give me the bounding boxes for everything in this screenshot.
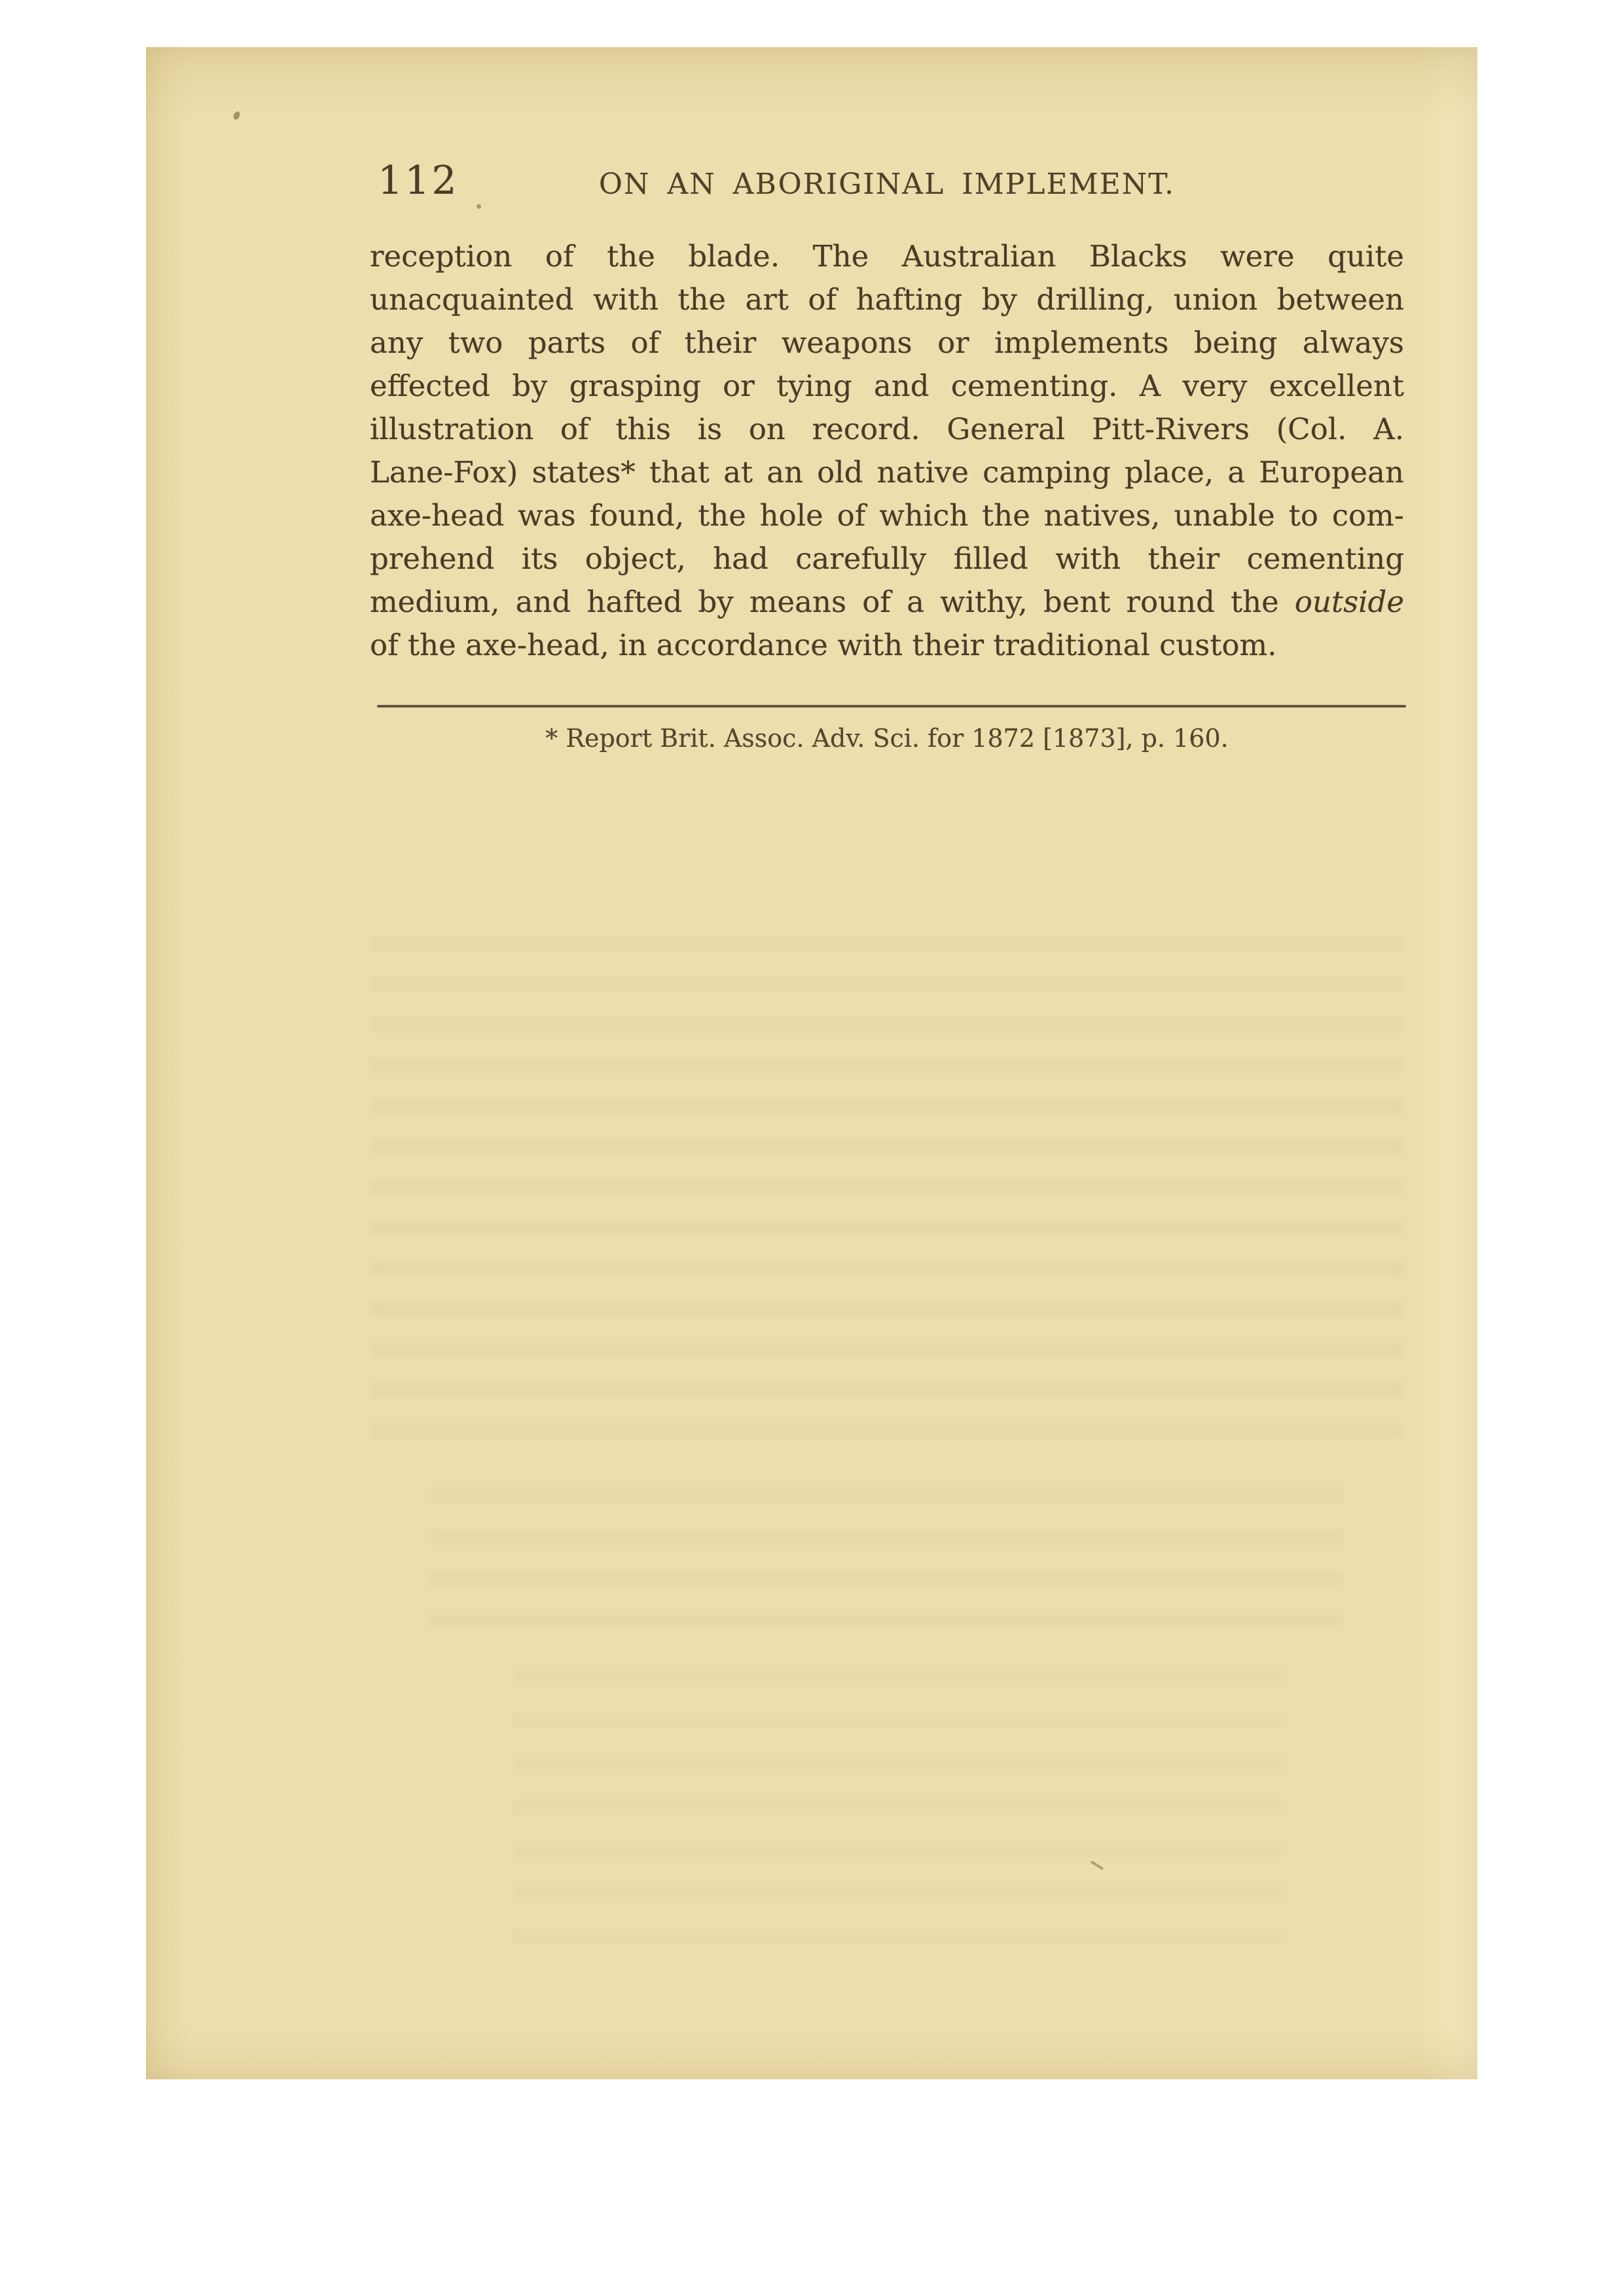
footnote: * Report Brit. Assoc. Adv. Sci. for 1872…	[370, 723, 1404, 755]
ink-speck	[1091, 1860, 1104, 1870]
italic-word: outside	[1295, 584, 1404, 619]
verso-bleed-through	[513, 1670, 1285, 1952]
body-paragraph: reception of the blade. The Australian B…	[370, 235, 1404, 667]
ink-speck	[232, 111, 240, 120]
paragraph-line: unacquainted with the art of hafting by …	[370, 278, 1404, 321]
paragraph-line: effected by grasping or tying and cement…	[370, 365, 1404, 408]
paragraph-last-line: of the axe-head, in accordance with thei…	[370, 624, 1404, 667]
paragraph-line: Lane-Fox) states* that at an old native …	[370, 451, 1404, 494]
paragraph-line: reception of the blade. The Australian B…	[370, 235, 1404, 278]
running-header: ON AN ABORIGINAL IMPLEMENT.	[370, 170, 1404, 199]
paragraph-line: any two parts of their weapons or implem…	[370, 321, 1404, 365]
ink-speck	[477, 204, 481, 209]
paragraph-line-text: medium, and hafted by means of a withy, …	[370, 584, 1295, 619]
paragraph-line: illustration of this is on record. Gener…	[370, 408, 1404, 451]
verso-bleed-through	[427, 1487, 1344, 1638]
paragraph-line: prehend its object, had carefully filled…	[370, 537, 1404, 581]
book-page: 112 ON AN ABORIGINAL IMPLEMENT. receptio…	[146, 47, 1477, 2079]
paragraph-line: medium, and hafted by means of a withy, …	[370, 581, 1404, 624]
paragraph-line: axe-head was found, the hole of which th…	[370, 494, 1404, 537]
footnote-rule	[377, 705, 1406, 708]
verso-bleed-through	[370, 936, 1404, 1446]
